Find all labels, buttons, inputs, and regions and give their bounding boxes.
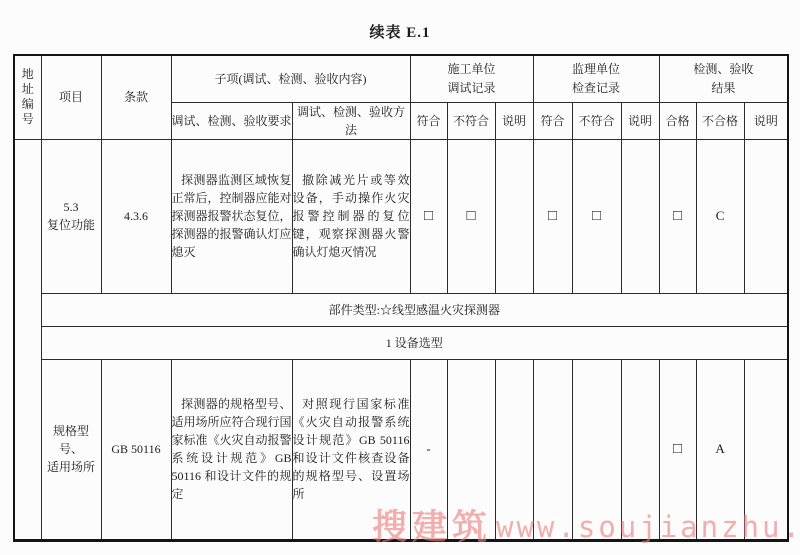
- cell-result-pass: □: [659, 139, 696, 293]
- cell-clause-gb50116: GB 50116: [101, 359, 171, 540]
- cell-requirement-spec: 探测器的规格型号、适用场所应符合现行国家标准《火灾自动报警系统设计规范》GB 5…: [171, 359, 292, 540]
- header-group-row: 地址编号 项目 条款 子项(调试、检测、验收内容) 施工单位 调试记录 监理单位…: [14, 55, 788, 102]
- subheader-method: 调试、检测、验收方法: [292, 102, 410, 139]
- cell-item-spec: 规格型号、 适用场所: [41, 359, 101, 540]
- cell-construction-nonconform: □: [447, 139, 495, 293]
- header-construction-line2: 调试记录: [411, 79, 533, 98]
- cell-address-number: [14, 139, 41, 540]
- item-name-line2: 适用场所: [42, 458, 101, 476]
- page-title: 续表 E.1: [0, 21, 800, 42]
- item-number: 5.3: [42, 198, 101, 216]
- subheader-result-fail: 不合格: [696, 102, 744, 139]
- item-name-line1: 规格型号、: [42, 422, 101, 458]
- checkbox-icon: □: [548, 208, 557, 224]
- result-grade-label: A: [715, 441, 724, 456]
- subheader-construction-conform: 符合: [410, 102, 447, 139]
- header-subitem: 子项(调试、检测、验收内容): [171, 55, 410, 102]
- header-result: 检测、验收 结果: [659, 55, 788, 102]
- header-result-line2: 结果: [660, 79, 788, 98]
- cell-result-note: [744, 359, 788, 540]
- header-result-line1: 检测、验收: [660, 60, 788, 79]
- cell-construction-conform: -: [410, 359, 447, 540]
- header-supervision-unit: 监理单位 检查记录: [533, 55, 659, 102]
- cell-supervision-note: [621, 359, 659, 540]
- header-supervision-line2: 检查记录: [534, 79, 659, 98]
- cell-construction-note: [495, 139, 533, 293]
- table-row-spec-model: 规格型号、 适用场所 GB 50116 探测器的规格型号、适用场所应符合现行国家…: [14, 359, 788, 540]
- section-label: 1 设备选型: [41, 326, 788, 359]
- cell-clause-436: 4.3.6: [101, 139, 171, 293]
- band-row-section: 1 设备选型: [14, 326, 788, 359]
- checkbox-icon: □: [673, 441, 682, 457]
- band-row-component-type: 部件类型:☆线型感温火灾探测器: [14, 293, 788, 326]
- acceptance-record-table: 地址编号 项目 条款 子项(调试、检测、验收内容) 施工单位 调试记录 监理单位…: [13, 54, 789, 542]
- header-item: 项目: [41, 55, 101, 139]
- subheader-construction-nonconform: 不符合: [447, 102, 495, 139]
- checkbox-icon: □: [424, 208, 433, 224]
- subheader-supervision-conform: 符合: [533, 102, 572, 139]
- cell-construction-note: [495, 359, 533, 540]
- requirement-text: 探测器的规格型号、适用场所应符合现行国家标准《火灾自动报警系统设计规范》GB 5…: [172, 395, 292, 503]
- subheader-supervision-nonconform: 不符合: [572, 102, 621, 139]
- dash-mark: -: [426, 441, 430, 456]
- component-type-label: 部件类型:☆线型感温火灾探测器: [41, 293, 788, 326]
- cell-method-reset: 撤除减光片或等效设备，手动操作火灾报警控制器的复位键，观察探测器火警确认灯熄灭情…: [292, 139, 410, 293]
- cell-construction-conform: □: [410, 139, 447, 293]
- item-name: 复位功能: [42, 216, 101, 234]
- subheader-supervision-note: 说明: [621, 102, 659, 139]
- cell-result-fail: A: [696, 359, 744, 540]
- cell-supervision-conform: [533, 359, 572, 540]
- header-clause: 条款: [101, 55, 171, 139]
- method-text: 撤除减光片或等效设备，手动操作火灾报警控制器的复位键，观察探测器火警确认灯熄灭情…: [293, 171, 410, 261]
- cell-result-pass: □: [659, 359, 696, 540]
- checkbox-icon: □: [592, 208, 601, 224]
- cell-method-spec: 对照现行国家标准《火灾自动报警系统设计规范》GB 50116 和设计文件核查设备…: [292, 359, 410, 540]
- header-address-number-label: 地址编号: [21, 67, 34, 127]
- cell-supervision-nonconform: □: [572, 139, 621, 293]
- cell-result-fail: C: [696, 139, 744, 293]
- checkbox-icon: □: [466, 208, 475, 224]
- method-text: 对照现行国家标准《火灾自动报警系统设计规范》GB 50116 和设计文件核查设备…: [293, 395, 410, 503]
- cell-requirement-reset: 探测器监测区域恢复正常后，控制器应能对探测器报警状态复位，探测器的报警确认灯应熄…: [171, 139, 292, 293]
- table-row-reset-function: 5.3 复位功能 4.3.6 探测器监测区域恢复正常后，控制器应能对探测器报警状…: [14, 139, 788, 293]
- header-construction-unit: 施工单位 调试记录: [410, 55, 533, 102]
- cell-supervision-nonconform: [572, 359, 621, 540]
- header-address-number: 地址编号: [14, 55, 41, 139]
- cell-construction-nonconform: [447, 359, 495, 540]
- cell-item-reset: 5.3 复位功能: [41, 139, 101, 293]
- cell-supervision-note: [621, 139, 659, 293]
- subheader-result-note: 说明: [744, 102, 788, 139]
- subheader-result-pass: 合格: [659, 102, 696, 139]
- subheader-construction-note: 说明: [495, 102, 533, 139]
- result-grade-label: C: [716, 208, 725, 223]
- cell-supervision-conform: □: [533, 139, 572, 293]
- requirement-text: 探测器监测区域恢复正常后，控制器应能对探测器报警状态复位，探测器的报警确认灯应熄…: [172, 171, 292, 261]
- checkbox-icon: □: [673, 208, 682, 224]
- header-supervision-line1: 监理单位: [534, 60, 659, 79]
- header-construction-line1: 施工单位: [411, 60, 533, 79]
- document-page: 续表 E.1 地址编号 项目 条款 子项(调试、检测、验收内容) 施工单位 调试…: [0, 0, 800, 555]
- subheader-requirement: 调试、检测、验收要求: [171, 102, 292, 139]
- cell-result-note: [744, 139, 788, 293]
